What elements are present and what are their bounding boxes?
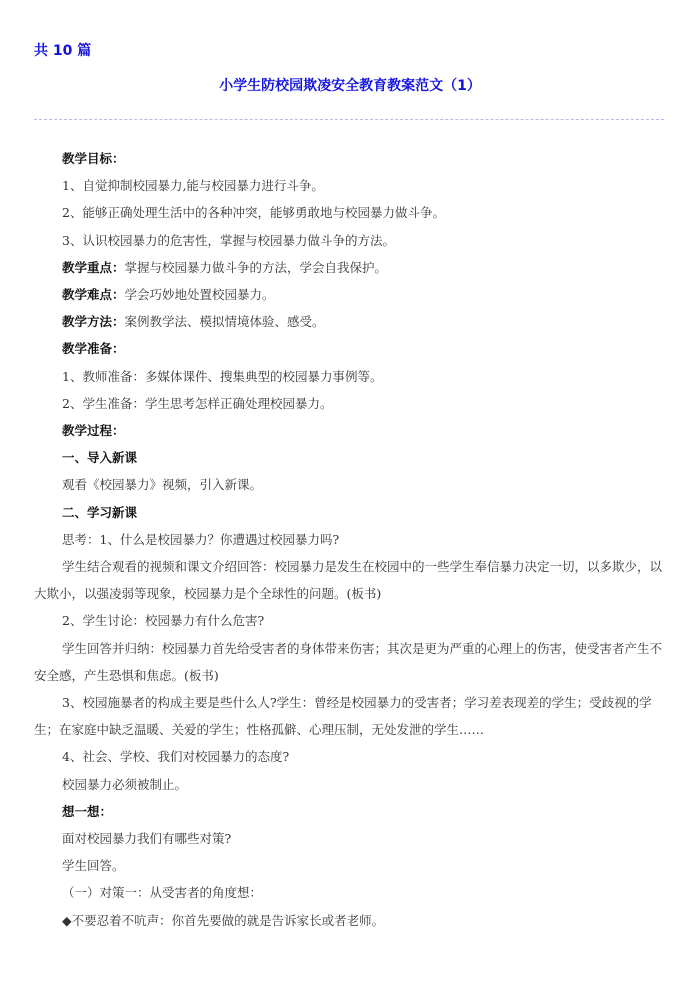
question-3: 3、校园施暴者的构成主要是些什么人?学生：曾经是校园暴力的受害者；学习差表现差的… (34, 689, 672, 743)
key-points-label: 教学重点： (62, 260, 125, 275)
document-body: 教学目标： 1、自觉抑制校园暴力,能与校园暴力进行斗争。 2、能够正确处理生活中… (62, 145, 672, 934)
section2-heading: 二、学习新课 (62, 499, 672, 526)
methods-text: 案例教学法、模拟情境体验、感受。 (125, 314, 325, 329)
think-heading: 想一想： (62, 798, 672, 825)
section1-text: 观看《校园暴力》视频，引入新课。 (62, 471, 672, 498)
question-4: 4、社会、学校、我们对校园暴力的态度? (62, 743, 672, 770)
think-question-1: 思考：1、什么是校园暴力？你遭遇过校园暴力吗? (62, 526, 672, 553)
process-heading: 教学过程： (62, 417, 672, 444)
goal-item: 3、认识校园暴力的危害性，掌握与校园暴力做斗争的方法。 (62, 227, 672, 254)
methods-label: 教学方法： (62, 314, 125, 329)
strategy-1: （一）对策一：从受害者的角度想： (62, 879, 672, 906)
divider (34, 119, 664, 120)
key-points: 教学重点：掌握与校园暴力做斗争的方法，学会自我保护。 (62, 254, 672, 281)
answer-4: 校园暴力必须被制止。 (62, 771, 672, 798)
goals-heading: 教学目标： (62, 145, 672, 172)
bullet-item: ◆不要忍着不吭声：你首先要做的就是告诉家长或者老师。 (62, 907, 672, 934)
goal-item: 2、能够正确处理生活中的各种冲突，能够勇敢地与校园暴力做斗争。 (62, 199, 672, 226)
article-count: 共 10 篇 (34, 40, 91, 60)
student-answer: 学生回答。 (62, 852, 672, 879)
answer-1: 学生结合观看的视频和课文介绍回答：校园暴力是发生在校园中的一些学生奉信暴力决定一… (34, 553, 672, 607)
difficulty-text: 学会巧妙地处置校园暴力。 (125, 287, 275, 302)
question-2: 2、学生讨论：校园暴力有什么危害? (62, 607, 672, 634)
section1-heading: 一、导入新课 (62, 444, 672, 471)
difficulty: 教学难点：学会巧妙地处置校园暴力。 (62, 281, 672, 308)
prep-heading: 教学准备： (62, 335, 672, 362)
difficulty-label: 教学难点： (62, 287, 125, 302)
key-points-text: 掌握与校园暴力做斗争的方法，学会自我保护。 (125, 260, 388, 275)
page-title: 小学生防校园欺凌安全教育教案范文（1） (0, 75, 700, 95)
methods: 教学方法：案例教学法、模拟情境体验、感受。 (62, 308, 672, 335)
prep-item: 2、学生准备：学生思考怎样正确处理校园暴力。 (62, 390, 672, 417)
answer-2: 学生回答并归纳：校园暴力首先给受害者的身体带来伤害；其次是更为严重的心理上的伤害… (34, 635, 672, 689)
prep-item: 1、教师准备：多媒体课件、搜集典型的校园暴力事例等。 (62, 363, 672, 390)
goal-item: 1、自觉抑制校园暴力,能与校园暴力进行斗争。 (62, 172, 672, 199)
think-question: 面对校园暴力我们有哪些对策? (62, 825, 672, 852)
